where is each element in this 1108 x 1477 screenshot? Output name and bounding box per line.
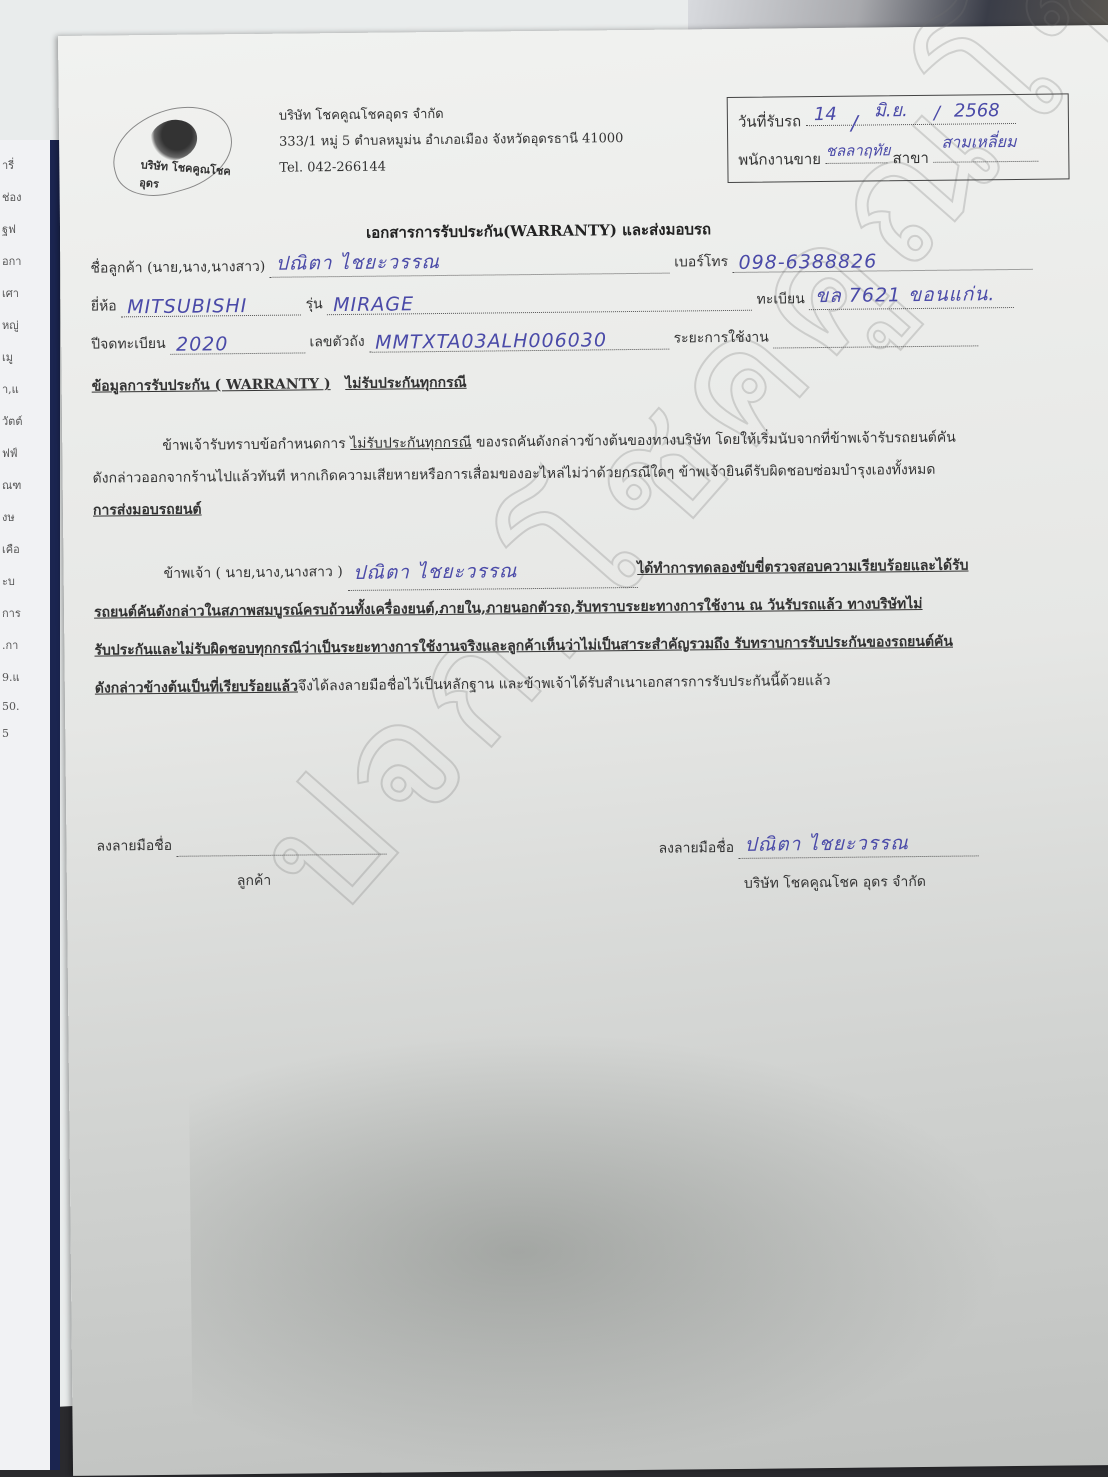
- photo-shadow: [188, 1026, 1013, 1475]
- document-title: เอกสารการรับประกัน(WARRANTY) และส่งมอบรถ: [366, 217, 711, 245]
- warranty-heading-row: ข้อมูลการรับประกัน ( WARRANTY ) ไม่รับปร…: [92, 372, 467, 398]
- brand-value: MITSUBISHI: [127, 295, 247, 318]
- plate-value: ขล 7621 ขอนแก่น.: [815, 279, 996, 311]
- background-text-fragment: 50.: [2, 700, 50, 713]
- plate-field[interactable]: ขล 7621 ขอนแก่น.: [809, 289, 1014, 310]
- receive-date-year: 2568: [954, 100, 1000, 121]
- customer-label: ชื่อลูกค้า (นาย,นาง,นางสาว): [90, 259, 265, 277]
- reg-year-field[interactable]: 2020: [170, 334, 305, 354]
- branch-value: สามเหลี่ยม: [941, 130, 1016, 156]
- brand-label: ยี่ห้อ: [91, 298, 117, 314]
- background-text-fragment: อกา: [2, 252, 50, 270]
- background-text-fragment: ฟหน้า: [2, 140, 50, 142]
- background-text-fragment: การ: [2, 604, 50, 622]
- salesperson-value: ชลลาฤทัย: [826, 138, 891, 163]
- mileage-label: ระยะการใช้งาน: [674, 330, 769, 347]
- acknowledgement-paragraph: ข้าพเจ้ารับทราบข้อกำหนดการ ไม่รับประกันท…: [92, 422, 956, 527]
- company-address: 333/1 หมู่ 5 ตำบลหมูม่น อำเภอเมือง จังหว…: [279, 126, 624, 156]
- background-text-fragments: ในสิอฟหน้าารี่ช่องฐฟอกาเศาหญู่เมูา,แวัตต…: [0, 140, 50, 1040]
- customer-signature-field[interactable]: [176, 836, 386, 857]
- company-logo: บริษัท โชคคูณโชค อุดร: [102, 95, 242, 207]
- chassis-label: เลขตัวถัง: [309, 334, 364, 351]
- delivery-paragraph: ข้าพเจ้า ( นาย,นาง,นางสาว ) ปณิตา ไชยะวร…: [93, 546, 969, 707]
- customer-signature-block: ลงลายมือชื่อ ลูกค้า: [96, 833, 387, 894]
- warranty-document: ปจก.โชคคูณโชค บริษัท โชคคูณโชค อุดร บริษ…: [58, 25, 1108, 1476]
- background-text-fragment: ช่อง: [2, 188, 50, 206]
- mileage-field[interactable]: [773, 327, 978, 348]
- customer-name-field[interactable]: ปณิตา ไชยะวรรณ: [270, 255, 670, 278]
- receive-date-label: วันที่รับรถ: [738, 112, 801, 131]
- company-signature-value: ปณิตา ไชยะวรรณ: [744, 828, 909, 860]
- background-text-fragment: ารี่: [2, 156, 50, 174]
- customer-name-value: ปณิตา ไชยะวรรณ: [276, 247, 441, 279]
- para2-name-field[interactable]: ปณิตา ไชยะวรรณ: [347, 569, 637, 591]
- brand-field[interactable]: MITSUBISHI: [121, 296, 301, 317]
- salesperson-field[interactable]: ชลลาฤทัย: [826, 146, 888, 164]
- background-text-fragment: ฟฟ์: [2, 444, 50, 462]
- company-signature-label: ลงลายมือชื่อ: [658, 840, 734, 857]
- background-text-fragment: 9.แ: [2, 668, 50, 686]
- para2-line4-underlined: ดังกล่าวข้างต้นเป็นที่เรียบร้อยแล้ว: [95, 679, 298, 697]
- company-phone: Tel. 042-266144: [279, 152, 624, 182]
- background-text-fragment: ะบ: [2, 572, 50, 590]
- background-text-fragment: วัตต์: [2, 412, 50, 430]
- para2-name-value: ปณิตา ไชยะวรรณ: [353, 552, 518, 592]
- model-value: MIRAGE: [333, 293, 414, 316]
- receive-date-day: 14: [814, 104, 837, 125]
- model-label: รุ่น: [305, 296, 322, 312]
- background-text-fragment: งษ: [2, 508, 50, 526]
- receipt-info-box: วันที่รับรถ 14 / มิ.ย. / 2568 พนักงานขาย…: [727, 93, 1070, 183]
- receive-date-field[interactable]: 14 / มิ.ย. / 2568: [806, 107, 1016, 126]
- letterhead: บริษัท โชคคูณโชคอุดร จำกัด 333/1 หมู่ 5 …: [279, 100, 624, 182]
- para1-text-cont: ของรถคันดังกล่าวข้างต้นของทางบริษัท โดยใ…: [471, 430, 955, 451]
- phone-field[interactable]: 098-6388826: [732, 251, 1032, 273]
- para2-line1-underlined: ได้ทำการทดลองขับขี่ตรวจสอบความเรียบร้อยแ…: [637, 557, 968, 576]
- para1-text: ข้าพเจ้ารับทราบข้อกำหนดการ: [162, 436, 350, 454]
- background-text-fragment: เศา: [2, 284, 50, 302]
- date-separator: /: [851, 111, 858, 135]
- phone-label: เบอร์โทร: [674, 254, 728, 271]
- chassis-value: MMTXTA03ALH006030: [375, 329, 607, 353]
- background-text-fragment: ฐฟ: [2, 220, 50, 238]
- company-signature-field[interactable]: ปณิตา ไชยะวรรณ: [739, 837, 979, 859]
- warranty-heading: ข้อมูลการรับประกัน ( WARRANTY ): [92, 376, 331, 395]
- background-text-fragment: .กา: [2, 636, 50, 654]
- warranty-status: ไม่รับประกันทุกกรณี: [345, 375, 467, 392]
- para1-no-warranty: ไม่รับประกันทุกกรณี: [350, 435, 472, 452]
- reg-year-value: 2020: [176, 333, 229, 356]
- receive-date-month: มิ.ย.: [874, 95, 908, 124]
- background-text-fragment: า,แ: [2, 380, 50, 398]
- customer-role: ลูกค้า: [97, 869, 387, 894]
- logo-caption: บริษัท โชคคูณโชค อุดร: [139, 155, 241, 199]
- para2-line4-rest: จึงได้ลงลายมือชื่อไว้เป็นหลักฐาน และข้าพ…: [298, 673, 831, 695]
- date-separator: /: [934, 103, 940, 124]
- background-text-fragment: 5: [2, 727, 50, 740]
- branch-field[interactable]: สามเหลี่ยม: [934, 145, 1039, 163]
- para2-label: ข้าพเจ้า ( นาย,นาง,นางสาว ): [164, 564, 343, 582]
- chassis-field[interactable]: MMTXTA03ALH006030: [369, 331, 669, 353]
- background-text-fragment: ณฑ: [2, 476, 50, 494]
- background-text-fragment: เคือ: [2, 540, 50, 558]
- reg-year-label: ปีจดทะเบียน: [91, 336, 166, 353]
- company-name: บริษัท โชคคูณโชคอุดร จำกัด: [279, 100, 624, 130]
- background-text-fragment: เมู: [2, 348, 50, 366]
- phone-value: 098-6388826: [738, 250, 877, 273]
- plate-label: ทะเบียน: [756, 291, 804, 308]
- background-binder-edge: [50, 140, 60, 1470]
- company-signature-block: ลงลายมือชื่อ ปณิตา ไชยะวรรณ บริษัท โชคคู…: [658, 834, 979, 895]
- background-document-edge: ในสิอฟหน้าารี่ช่องฐฟอกาเศาหญู่เมูา,แวัตต…: [0, 140, 60, 1470]
- company-role: บริษัท โชคคูณโชค อุดร จำกัด: [659, 870, 979, 895]
- customer-signature-label: ลงลายมือชื่อ: [96, 838, 172, 855]
- branch-label: สาขา: [892, 149, 928, 167]
- background-text-fragment: หญู่: [2, 316, 50, 334]
- salesperson-label: พนักงานขาย: [738, 150, 821, 169]
